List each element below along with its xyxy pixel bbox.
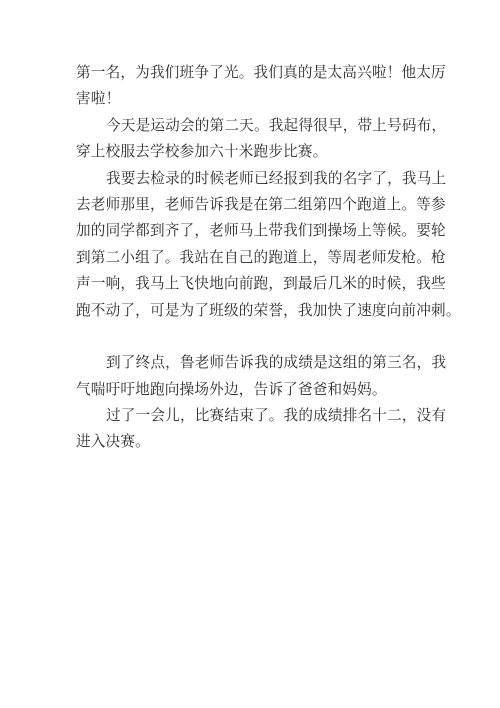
text-line: 穿上校服去学校参加六十米跑步比赛。 [76,139,446,165]
text-line: 害啦！ [76,86,446,112]
text-line: 去老师那里，老师告诉我是在第二组第四个跑道上。等参 [76,192,446,218]
paragraph-4: 到了终点，鲁老师告诉我的成绩是这组的第三名，我 气喘吁吁地跑向操场外边，告诉了爸… [76,350,446,403]
text-line: 第一名，为我们班争了光。我们真的是太高兴啦！他太厉 [76,60,446,86]
text-line: 声一响，我马上飞快地向前跑，到最后几米的时候，我些 [76,271,446,297]
paragraph-1: 第一名，为我们班争了光。我们真的是太高兴啦！他太厉 害啦！ [76,60,446,113]
paragraph-2: 今天是运动会的第二天。我起得很早，带上号码布， 穿上校服去学校参加六十米跑步比赛… [76,113,446,166]
text-line: 今天是运动会的第二天。我起得很早，带上号码布， [76,113,446,139]
text-line: 进入决赛。 [76,429,446,455]
text-line: 过了一会儿，比赛结束了。我的成绩排名十二，没有 [76,403,446,429]
document-page: 第一名，为我们班争了光。我们真的是太高兴啦！他太厉 害啦！ 今天是运动会的第二天… [76,60,446,456]
blank-line [76,324,446,350]
text-line: 到第二小组了。我站在自己的跑道上，等周老师发枪。枪 [76,245,446,271]
paragraph-3: 我要去检录的时候老师已经报到我的名字了，我马上 去老师那里，老师告诉我是在第二组… [76,166,446,324]
text-line: 到了终点，鲁老师告诉我的成绩是这组的第三名，我 [76,350,446,376]
text-line: 气喘吁吁地跑向操场外边，告诉了爸爸和妈妈。 [76,377,446,403]
paragraph-5: 过了一会儿，比赛结束了。我的成绩排名十二，没有 进入决赛。 [76,403,446,456]
text-line: 我要去检录的时候老师已经报到我的名字了，我马上 [76,166,446,192]
text-line: 跑不动了，可是为了班级的荣誉，我加快了速度向前冲刺。 [76,298,446,324]
text-line: 加的同学都到齐了，老师马上带我们到操场上等候。要轮 [76,218,446,244]
